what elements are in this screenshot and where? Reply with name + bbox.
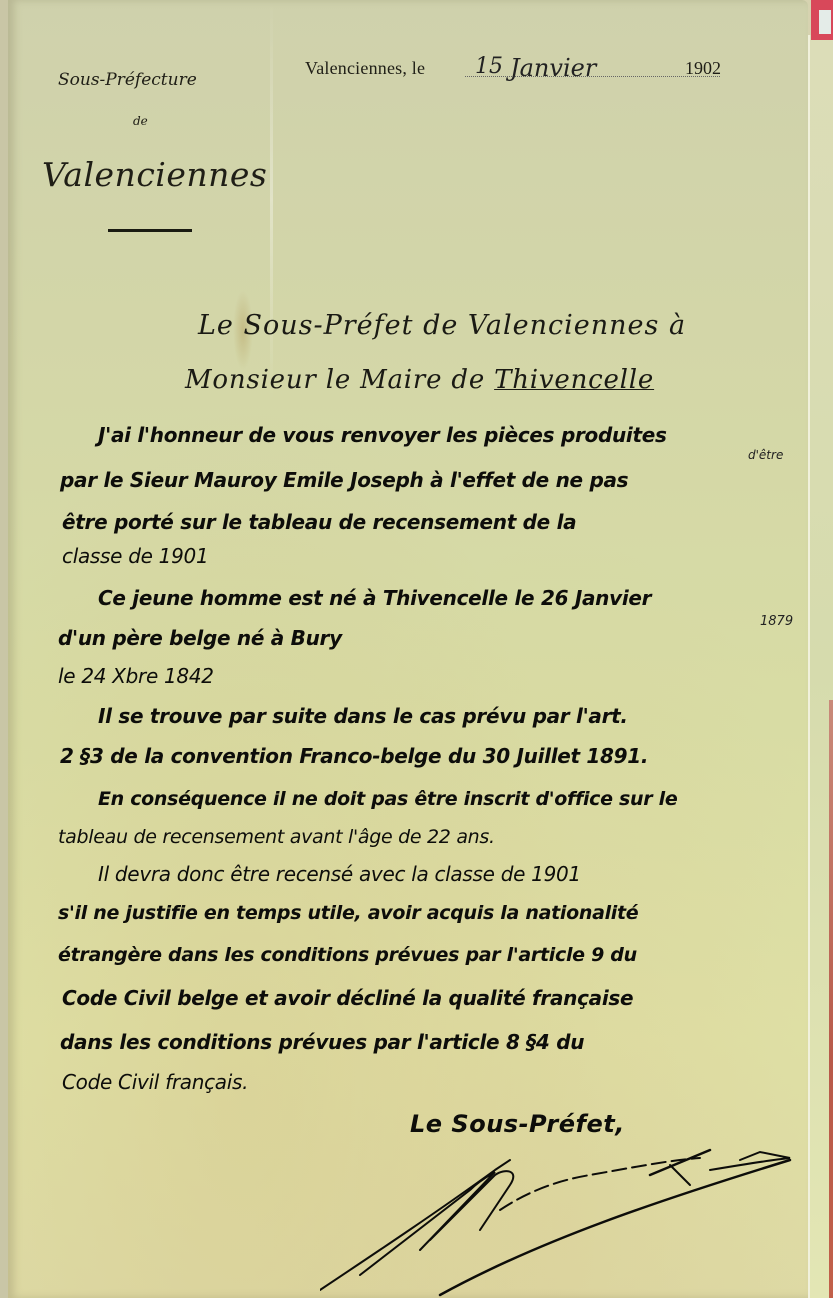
- body-line-17: Code Civil français.: [62, 1072, 248, 1092]
- letterhead-de: de: [133, 114, 148, 128]
- sender-line: Le Sous-Préfet de Valenciennes à: [198, 310, 686, 341]
- signature-flourish: [320, 1130, 800, 1298]
- letterhead-rule: [108, 229, 192, 232]
- date-year: 1902: [685, 58, 721, 79]
- recipient-commune: Thivencelle: [494, 365, 654, 395]
- letterhead-city: Valenciennes: [42, 155, 267, 194]
- body-line-6: d'un père belge né à Bury: [58, 628, 342, 648]
- body-line-15: Code Civil belge et avoir décliné la qua…: [62, 988, 633, 1008]
- body-line-3: être porté sur le tableau de recensement…: [62, 512, 576, 532]
- red-folder-edge: [829, 700, 833, 1298]
- body-line-14: étrangère dans les conditions prévues pa…: [58, 946, 637, 965]
- dateline: Valenciennes, le 15 Janvier 1902: [305, 58, 425, 79]
- body-line-12: Il devra donc être recensé avec la class…: [98, 864, 581, 884]
- recipient-prefix: Monsieur le Maire de: [185, 365, 485, 395]
- birth-year-note: 1879: [760, 614, 793, 629]
- body-line-16: dans les conditions prévues par l'articl…: [60, 1032, 584, 1052]
- body-line-9: 2 §3 de la convention Franco-belge du 30…: [60, 746, 648, 766]
- body-line-1: J'ai l'honneur de vous renvoyer les pièc…: [98, 425, 667, 445]
- date-month: Janvier: [510, 54, 660, 82]
- red-folder-corner: [811, 0, 833, 40]
- recipient-line: Monsieur le Maire de Thivencelle: [185, 365, 654, 395]
- body-line-8: Il se trouve par suite dans le cas prévu…: [98, 706, 628, 726]
- interlinear-insert: d'être: [748, 448, 783, 462]
- body-line-7: le 24 Xbre 1842: [58, 666, 214, 686]
- label-patch: [819, 10, 831, 34]
- body-line-2: par le Sieur Mauroy Emile Joseph à l'eff…: [60, 470, 628, 490]
- body-line-13: s'il ne justifie en temps utile, avoir a…: [58, 904, 638, 923]
- date-place: Valenciennes, le: [305, 58, 425, 78]
- body-line-5: Ce jeune homme est né à Thivencelle le 2…: [98, 588, 651, 608]
- body-line-10: En conséquence il ne doit pas être inscr…: [98, 790, 677, 809]
- letterhead-office: Sous-Préfecture: [58, 70, 197, 90]
- date-day: 15: [475, 54, 515, 79]
- body-line-11: tableau de recensement avant l'âge de 22…: [58, 828, 495, 847]
- body-line-4: classe de 1901: [62, 546, 208, 566]
